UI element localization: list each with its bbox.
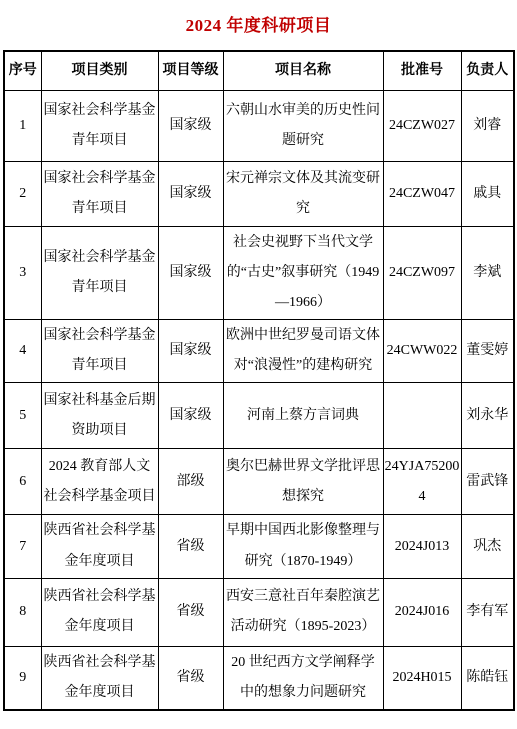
table-row: 1 国家社会科学基金青年项目 国家级 六朝山水审美的历史性问题研究 24CZW0…	[4, 91, 514, 162]
cell-no: 6	[4, 449, 41, 515]
table-row: 9 陕西省社会科学基金年度项目 省级 20 世纪西方文学阐释学中的想象力问题研究…	[4, 646, 514, 710]
cell-approval: 24YJA752004	[383, 449, 461, 515]
cell-level: 国家级	[158, 162, 223, 227]
header-level: 项目等级	[158, 51, 223, 91]
cell-leader: 李有军	[461, 578, 514, 646]
cell-no: 5	[4, 383, 41, 449]
cell-no: 7	[4, 515, 41, 578]
cell-category: 陕西省社会科学基金年度项目	[41, 515, 158, 578]
cell-level: 国家级	[158, 91, 223, 162]
cell-leader: 董雯婷	[461, 320, 514, 383]
header-leader: 负责人	[461, 51, 514, 91]
cell-leader: 刘永华	[461, 383, 514, 449]
cell-category: 国家社会科学基金青年项目	[41, 320, 158, 383]
header-approval: 批准号	[383, 51, 461, 91]
cell-name: 早期中国西北影像整理与研究（1870-1949）	[223, 515, 383, 578]
cell-level: 国家级	[158, 227, 223, 320]
header-no: 序号	[4, 51, 41, 91]
table-row: 6 2024 教育部人文社会科学基金项目 部级 奥尔巴赫世界文学批评思想探究 2…	[4, 449, 514, 515]
page-title: 2024 年度科研项目	[0, 0, 517, 36]
cell-name: 社会史视野下当代文学的“古史”叙事研究（1949—1966）	[223, 227, 383, 320]
cell-name: 20 世纪西方文学阐释学中的想象力问题研究	[223, 646, 383, 710]
header-name: 项目名称	[223, 51, 383, 91]
cell-level: 省级	[158, 578, 223, 646]
cell-category: 国家社会科学基金青年项目	[41, 162, 158, 227]
cell-approval: 24CWW022	[383, 320, 461, 383]
cell-level: 省级	[158, 515, 223, 578]
table-row: 5 国家社科基金后期资助项目 国家级 河南上蔡方言词典 刘永华	[4, 383, 514, 449]
cell-level: 国家级	[158, 383, 223, 449]
table-header-row: 序号 项目类别 项目等级 项目名称 批准号 负责人	[4, 51, 514, 91]
cell-name: 西安三意社百年秦腔演艺活动研究（1895-2023）	[223, 578, 383, 646]
cell-no: 9	[4, 646, 41, 710]
cell-category: 国家社会科学基金青年项目	[41, 227, 158, 320]
cell-approval: 2024J016	[383, 578, 461, 646]
table-row: 8 陕西省社会科学基金年度项目 省级 西安三意社百年秦腔演艺活动研究（1895-…	[4, 578, 514, 646]
cell-approval: 2024H015	[383, 646, 461, 710]
cell-no: 3	[4, 227, 41, 320]
table-row: 4 国家社会科学基金青年项目 国家级 欧洲中世纪罗曼司语文体对“浪漫性”的建构研…	[4, 320, 514, 383]
cell-leader: 刘睿	[461, 91, 514, 162]
projects-table: 序号 项目类别 项目等级 项目名称 批准号 负责人 1 国家社会科学基金青年项目…	[3, 50, 515, 711]
cell-approval: 24CZW027	[383, 91, 461, 162]
cell-leader: 戚具	[461, 162, 514, 227]
cell-name: 宋元禅宗文体及其流变研究	[223, 162, 383, 227]
cell-no: 4	[4, 320, 41, 383]
cell-no: 2	[4, 162, 41, 227]
cell-category: 国家社科基金后期资助项目	[41, 383, 158, 449]
cell-no: 8	[4, 578, 41, 646]
cell-level: 国家级	[158, 320, 223, 383]
cell-approval: 2024J013	[383, 515, 461, 578]
cell-level: 部级	[158, 449, 223, 515]
document-page: 2024 年度科研项目 序号 项目类别 项目等级 项目名称 批准号 负责人 1 …	[0, 0, 517, 729]
cell-no: 1	[4, 91, 41, 162]
cell-approval	[383, 383, 461, 449]
cell-name: 欧洲中世纪罗曼司语文体对“浪漫性”的建构研究	[223, 320, 383, 383]
table-row: 7 陕西省社会科学基金年度项目 省级 早期中国西北影像整理与研究（1870-19…	[4, 515, 514, 578]
cell-name: 河南上蔡方言词典	[223, 383, 383, 449]
cell-leader: 陈皓钰	[461, 646, 514, 710]
cell-approval: 24CZW047	[383, 162, 461, 227]
cell-level: 省级	[158, 646, 223, 710]
cell-category: 陕西省社会科学基金年度项目	[41, 578, 158, 646]
cell-name: 奥尔巴赫世界文学批评思想探究	[223, 449, 383, 515]
table-row: 2 国家社会科学基金青年项目 国家级 宋元禅宗文体及其流变研究 24CZW047…	[4, 162, 514, 227]
cell-category: 陕西省社会科学基金年度项目	[41, 646, 158, 710]
cell-category: 2024 教育部人文社会科学基金项目	[41, 449, 158, 515]
cell-leader: 李斌	[461, 227, 514, 320]
cell-leader: 巩杰	[461, 515, 514, 578]
header-category: 项目类别	[41, 51, 158, 91]
cell-name: 六朝山水审美的历史性问题研究	[223, 91, 383, 162]
cell-leader: 雷武锋	[461, 449, 514, 515]
cell-approval: 24CZW097	[383, 227, 461, 320]
cell-category: 国家社会科学基金青年项目	[41, 91, 158, 162]
table-row: 3 国家社会科学基金青年项目 国家级 社会史视野下当代文学的“古史”叙事研究（1…	[4, 227, 514, 320]
